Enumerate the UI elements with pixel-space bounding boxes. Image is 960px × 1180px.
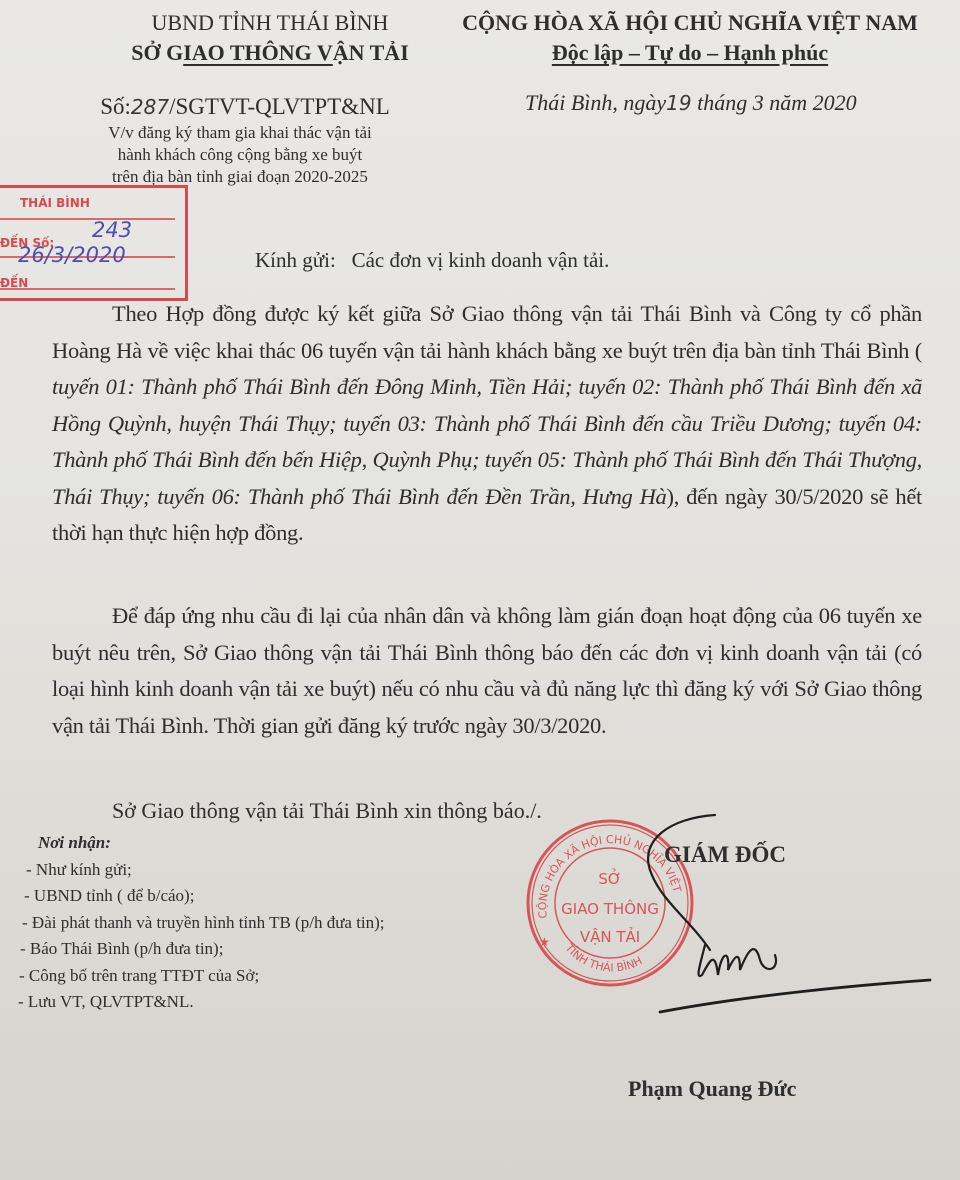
- greeting-label: Kính gửi:: [255, 248, 336, 272]
- received-number-handwritten: 243: [92, 218, 132, 242]
- subject-line: hành khách công cộng bằng xe buýt: [70, 144, 410, 166]
- national-title: CỘNG HÒA XÃ HỘI CHỦ NGHĨA VIỆT NAM: [420, 8, 960, 38]
- recipient-item: - Lưu VT, QLVTPT&NL.: [18, 989, 385, 1016]
- paragraph-text: Theo Hợp đồng được ký kết giữa Sở Giao t…: [52, 301, 922, 363]
- signer-name: Phạm Quang Đức: [628, 1074, 796, 1104]
- stamp-rule: [0, 218, 175, 220]
- received-stamp-org: THÁI BÌNH: [20, 196, 90, 210]
- stamp-rule: [0, 288, 175, 290]
- document-subject: V/v đăng ký tham gia khai thác vận tải h…: [70, 122, 410, 188]
- department-name: SỞ GIAO THÔNG VẬN TẢI: [60, 38, 480, 68]
- national-header-block: CỘNG HÒA XÃ HỘI CHỦ NGHĨA VIỆT NAM Độc l…: [420, 8, 960, 68]
- department-name-part: ẬN TẢI: [333, 40, 409, 65]
- subject-line: V/v đăng ký tham gia khai thác vận tải: [70, 122, 410, 144]
- greeting-recipient: Các đơn vị kinh doanh vận tải.: [352, 248, 610, 272]
- date-suffix: tháng 3 năm 2020: [697, 90, 857, 115]
- recipient-item: - Đài phát thanh và truyền hình tỉnh TB …: [18, 910, 385, 937]
- received-stamp: THÁI BÌNH ĐẾN Số: 243 26/3/2020 ĐẾN: [0, 185, 188, 301]
- body-paragraph-2: Để đáp ứng nhu cầu đi lại của nhân dân v…: [52, 598, 922, 744]
- received-date-handwritten: 26/3/2020: [18, 243, 126, 267]
- document-number-label: Số:: [100, 94, 131, 119]
- recipients-title: Nơi nhận:: [18, 830, 385, 857]
- recipient-item: - Như kính gửi;: [18, 857, 385, 884]
- department-name-underlined: IAO THÔNG V: [183, 40, 333, 65]
- recipient-item: - UBND tỉnh ( để b/cáo);: [18, 883, 385, 910]
- issuing-authority-block: UBND TỈNH THÁI BÌNH SỞ GIAO THÔNG VẬN TẢ…: [60, 8, 480, 68]
- department-name-part: SỞ G: [131, 40, 183, 65]
- document-number: Số:287/SGTVT-QLVTPT&NL: [70, 92, 420, 122]
- closing-line: Sở Giao thông vận tải Thái Bình xin thôn…: [112, 796, 542, 826]
- document-date: Thái Bình, ngày19 tháng 3 năm 2020: [525, 88, 945, 118]
- national-motto: Độc lập – Tự do – Hạnh phúc: [420, 38, 960, 68]
- recipient-item: - Báo Thái Bình (p/h đưa tin);: [18, 936, 385, 963]
- recipients-list: Nơi nhận: - Như kính gửi; - UBND tỉnh ( …: [18, 830, 385, 1016]
- date-prefix: Thái Bình, ngày: [525, 90, 666, 115]
- document-number-code: /SGTVT-QLVTPT&NL: [169, 94, 390, 119]
- recipient-item: - Công bố trên trang TTĐT của Sở;: [18, 963, 385, 990]
- body-paragraph-1: Theo Hợp đồng được ký kết giữa Sở Giao t…: [52, 296, 922, 552]
- seal-star-icon: ★: [539, 935, 550, 949]
- document-number-handwritten: 287: [131, 95, 169, 119]
- greeting: Kính gửi: Các đơn vị kinh doanh vận tải.: [255, 246, 609, 274]
- date-day-handwritten: 19: [666, 91, 691, 115]
- handwritten-signature-icon: [600, 800, 960, 1030]
- authority-name: UBND TỈNH THÁI BÌNH: [60, 8, 480, 38]
